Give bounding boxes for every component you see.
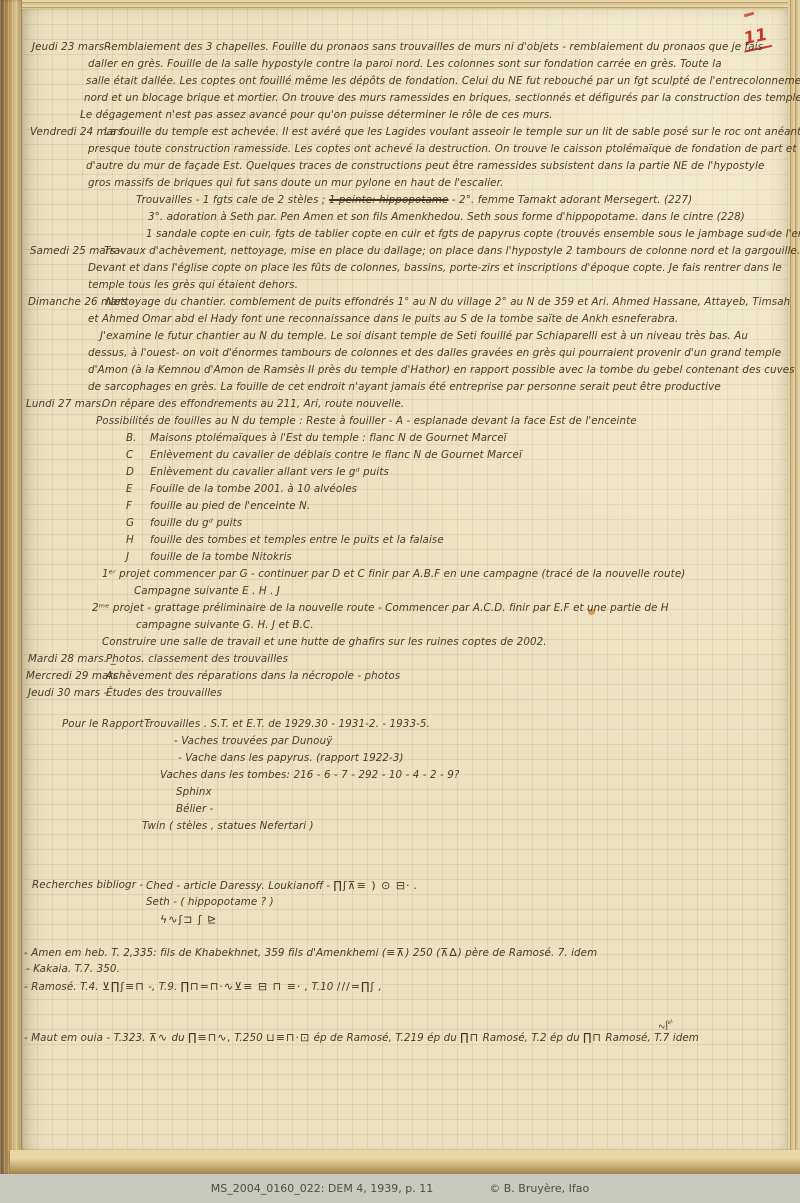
line-text: Achèvement des réparations dans la nécro… — [106, 670, 400, 682]
line-text: Enlèvement du cavalier allant vers le gᵈ… — [150, 466, 389, 478]
line-text: Le dégagement n'est pas assez avancé pou… — [80, 109, 553, 121]
line-text: Nettoyage du chantier. comblement de pui… — [106, 296, 790, 308]
line-text: fouille de la tombe Nitokris — [150, 551, 292, 563]
line-text: fouille du gᵈ puits — [150, 517, 242, 529]
journal-line: presque toute construction ramesside. Le… — [22, 141, 784, 158]
hieroglyphs-inline: ⊔≡⊓·⊡ — [266, 1031, 310, 1044]
line-text: Travaux d'achèvement, nettoyage, mise en… — [104, 245, 800, 257]
date-label: Recherches bibliogr - — [32, 877, 143, 894]
journal-line: Possibilités de fouilles au N du temple … — [22, 413, 784, 430]
journal-line: Bélier - — [22, 801, 784, 818]
journal-line: ϟ∿ʃ⊐ ʃ ⊵ — [22, 911, 784, 928]
page-stack-edge-right — [788, 0, 800, 1174]
line-text: daller en grès. Fouille de la salle hypo… — [88, 58, 722, 70]
journal-line: de sarcophages en grès. La fouille de ce… — [22, 379, 784, 396]
line-text: du — [168, 1032, 188, 1044]
journal-line: et Ahmed Omar abd el Hady font une recon… — [22, 311, 784, 328]
journal-line: Jeudi 23 mars -Remblaiement des 3 chapel… — [22, 39, 784, 56]
date-label: D — [126, 464, 134, 481]
journal-line: Hfouille des tombes et temples entre le … — [22, 532, 784, 549]
date-label: B. — [126, 430, 137, 447]
journal-line: salle était dallée. Les coptes ont fouil… — [22, 73, 784, 90]
line-text: 2ᵐᵉ projet - grattage préliminaire de la… — [92, 602, 669, 614]
journal-lines: Jeudi 23 mars -Remblaiement des 3 chapel… — [22, 39, 784, 1046]
line-text: Campagne suivante E . H . J — [134, 585, 280, 597]
line-text: Sphinx — [176, 786, 212, 798]
hieroglyphs-inline: ⊻∏ʃ≡⊓ — [102, 980, 145, 993]
date-label: Lundi 27 mars. — [26, 396, 104, 413]
line-text: -, T.9. — [145, 981, 181, 993]
line-text: On répare des effondrements au 211, Ari,… — [102, 398, 404, 410]
date-label: Jeudi 30 mars - — [28, 685, 107, 702]
hieroglyphs-inline: ∏⊓=⊓·∿⊻≡ ⊟ ⊓ ≡· — [181, 980, 302, 993]
journal-line: 1 sandale copte en cuir, fgts de tablier… — [22, 226, 784, 243]
line-text: - Maut em ouia - T.323. — [24, 1032, 149, 1044]
journal-line: Jfouille de la tombe Nitokris — [22, 549, 784, 566]
date-label: C — [126, 447, 133, 464]
date-label: H — [126, 532, 134, 549]
date-label: G — [126, 515, 134, 532]
date-label: Vendredi 24 mars. — [30, 124, 126, 141]
hieroglyphs-inline: ∏⊓ — [583, 1031, 602, 1044]
paper-page: 11 ∿ʃᵉˡ Jeudi 23 mars -Remblaiement des … — [22, 9, 788, 1152]
line-text: , T.250 — [228, 1032, 267, 1044]
journal-line: J'examine le futur chantier au N du temp… — [22, 328, 784, 345]
line-text: ép de Ramosé, T.219 ép du — [310, 1032, 460, 1044]
date-label: Pour le Rapport : — [62, 716, 151, 733]
journal-line: - Maut em ouia - T.323. ⊼∿ du ∏≡⊓∿, T.25… — [22, 1029, 784, 1046]
journal-line: Le dégagement n'est pas assez avancé pou… — [22, 107, 784, 124]
line-text: temple tous les grès qui étaient dehors. — [88, 279, 298, 291]
line-text: salle était dallée. Les coptes ont fouil… — [86, 75, 800, 87]
journal-line: Seth - ( hippopotame ? ) — [22, 894, 784, 911]
hieroglyphs-inline: ///=∏ʃ — [337, 980, 375, 993]
hieroglyphs-inline: ≡⊼ — [386, 946, 405, 959]
line-text: de sarcophages en grès. La fouille de ce… — [88, 381, 721, 393]
line-text: Ramosé, T.2 ép du — [479, 1032, 583, 1044]
date-label: Samedi 25 mars - — [30, 243, 123, 260]
line-text: ) 250 ( — [405, 947, 440, 959]
journal-line: Jeudi 30 mars -Études des trouvailles — [22, 685, 784, 702]
line-text: J'examine le futur chantier au N du temp… — [100, 330, 748, 342]
date-label: Dimanche 26 mars - — [28, 294, 135, 311]
journal-line: gros massifs de briques qui fut sans dou… — [22, 175, 784, 192]
journal-line: d'Amon (à la Kemnou d'Amon de Ramsès II … — [22, 362, 784, 379]
date-label: E — [126, 481, 133, 498]
journal-line: Mercredi 29 mars -Achèvement des réparat… — [22, 668, 784, 685]
hieroglyphs-inline: ⊼∆ — [440, 946, 457, 959]
journal-line: d'autre du mur de façade Est. Quelques t… — [22, 158, 784, 175]
journal-line: Vaches dans les tombes: 216 - 6 - 7 - 29… — [22, 767, 784, 784]
line-text: . — [411, 880, 418, 892]
red-corner-mark — [744, 12, 754, 17]
line-text: fouille des tombes et temples entre le p… — [150, 534, 444, 546]
journal-line: - Vaches trouvées par Dunouÿ — [22, 733, 784, 750]
line-text: 1 peinte: hippopotame — [329, 194, 449, 206]
line-text: fouille au pied de l'enceinte N. — [150, 500, 310, 512]
line-text: Fouille de la tombe 2001. à 10 alvéoles — [150, 483, 357, 495]
line-text: nord et un blocage brique et mortier. On… — [84, 92, 800, 104]
journal-line: Ffouille au pied de l'enceinte N. — [22, 498, 784, 515]
journal-line: Recherches bibliogr -Ched - article Dare… — [22, 877, 784, 894]
line-text: ) père de Ramosé. 7. idem — [458, 947, 598, 959]
line-text: Maisons ptolémaïques à l'Est du temple :… — [150, 432, 507, 444]
journal-line: - Amen em heb. T. 2,335: fils de Khabekh… — [22, 944, 784, 961]
journal-line: - Vache dans les papyrus. (rapport 1922-… — [22, 750, 784, 767]
line-text: , T.10 — [301, 981, 336, 993]
date-label: J — [126, 549, 129, 566]
journal-line: CEnlèvement du cavalier de déblais contr… — [22, 447, 784, 464]
line-text: Seth - ( hippopotame ? ) — [146, 896, 274, 908]
line-text: gros massifs de briques qui fut sans dou… — [88, 177, 503, 189]
line-text: 1ᵉʳ projet commencer par G - continuer p… — [102, 568, 685, 580]
journal-line: - Kakaia. T.7. 350. — [22, 961, 784, 978]
line-text: Trouvailles - 1 fgts cale de 2 stèles ; — [136, 194, 329, 206]
journal-line: 2ᵐᵉ projet - grattage préliminaire de la… — [22, 600, 784, 617]
journal-line: EFouille de la tombe 2001. à 10 alvéoles — [22, 481, 784, 498]
hieroglyphs-inline: ∏ʃ⊼≡ ) ⊙ ⊟· — [334, 879, 411, 892]
line-text: presque toute construction ramesside. Le… — [88, 143, 796, 155]
journal-line: DEnlèvement du cavalier allant vers le g… — [22, 464, 784, 481]
journal-line: Sphinx — [22, 784, 784, 801]
binding-edge-left — [0, 0, 22, 1174]
journal-line: Gfouille du gᵈ puits — [22, 515, 784, 532]
hieroglyphs-inline: ϟ∿ʃ⊐ ʃ ⊵ — [160, 913, 217, 926]
line-text: Possibilités de fouilles au N du temple … — [96, 415, 637, 427]
line-text: dessus, à l'ouest- on voit d'énormes tam… — [88, 347, 781, 359]
hieroglyphs-inline: ⊼∿ — [149, 1031, 168, 1044]
journal-line: campagne suivante G. H. J et B.C. — [22, 617, 784, 634]
journal-line: Trouvailles - 1 fgts cale de 2 stèles ; … — [22, 192, 784, 209]
line-text: Twin ( stèles , statues Nefertari ) — [142, 820, 314, 832]
date-label: Mardi 28 mars. _ — [28, 651, 116, 668]
line-text: - Kakaia. T.7. 350. — [26, 963, 120, 975]
journal-line: - Ramosé. T.4. ⊻∏ʃ≡⊓ -, T.9. ∏⊓=⊓·∿⊻≡ ⊟ … — [22, 978, 784, 995]
line-text: 3°. adoration à Seth par. Pen Amen et so… — [148, 211, 745, 223]
journal-line: B.Maisons ptolémaïques à l'Est du temple… — [22, 430, 784, 447]
page-stack-edge-top — [22, 0, 788, 9]
line-text: Ched - article Daressy. Loukianoff - — [146, 880, 334, 892]
hieroglyphs-inline: ∏≡⊓∿ — [188, 1031, 227, 1044]
journal-line: Pour le Rapport :Trouvailles . S.T. et E… — [22, 716, 784, 733]
journal-line: Vendredi 24 mars.La fouille du temple es… — [22, 124, 784, 141]
journal-line: Samedi 25 mars -Travaux d'achèvement, ne… — [22, 243, 784, 260]
line-text: Devant et dans l'église copte on place l… — [88, 262, 782, 274]
journal-line: Mardi 28 mars. _Photos. classement des t… — [22, 651, 784, 668]
line-text: , — [375, 981, 382, 993]
line-text: Études des trouvailles — [106, 687, 222, 699]
line-text: - Vaches trouvées par Dunouÿ — [174, 735, 332, 747]
line-text: Bélier - — [176, 803, 213, 815]
hieroglyphs-inline: ∏⊓ — [460, 1031, 479, 1044]
journal-line: Campagne suivante E . H . J — [22, 583, 784, 600]
date-label: Jeudi 23 mars - — [32, 39, 111, 56]
line-text: d'autre du mur de façade Est. Quelques t… — [86, 160, 764, 172]
date-label: Mercredi 29 mars - — [26, 668, 125, 685]
line-text: - Amen em heb. T. 2,335: fils de Khabekh… — [24, 947, 386, 959]
journal-line: nord et un blocage brique et mortier. On… — [22, 90, 784, 107]
page-stack-edge-bottom — [10, 1150, 800, 1174]
line-text: Trouvailles . S.T. et E.T. de 1929.30 - … — [144, 718, 430, 730]
line-text: Photos. classement des trouvailles — [106, 653, 288, 665]
line-text: La fouille du temple est achevée. Il est… — [104, 126, 800, 138]
line-text: - 2°. femme Tamakt adorant Mersegert. (2… — [449, 194, 693, 206]
journal-line: temple tous les grès qui étaient dehors. — [22, 277, 784, 294]
journal-line: Dimanche 26 mars -Nettoyage du chantier.… — [22, 294, 784, 311]
line-text: Vaches dans les tombes: 216 - 6 - 7 - 29… — [160, 769, 459, 781]
archive-id-caption: MS_2004_0160_022: DEM 4, 1939, p. 11 — [211, 1182, 434, 1195]
journal-line: Construire une salle de travail et une h… — [22, 634, 784, 651]
line-text: d'Amon (à la Kemnou d'Amon de Ramsès II … — [88, 364, 795, 376]
copyright-credit: © B. Bruyère, Ifao — [489, 1182, 589, 1195]
line-text: Remblaiement des 3 chapelles. Fouille du… — [104, 41, 763, 53]
journal-line: Devant et dans l'église copte on place l… — [22, 260, 784, 277]
line-text: 1 sandale copte en cuir, fgts de tablier… — [146, 228, 800, 240]
scanned-notebook-page: 11 ∿ʃᵉˡ Jeudi 23 mars -Remblaiement des … — [0, 0, 800, 1203]
journal-line: Lundi 27 mars.On répare des effondrement… — [22, 396, 784, 413]
line-text: - Ramosé. T.4. — [24, 981, 102, 993]
line-text: Ramosé, T.7 idem — [602, 1032, 699, 1044]
journal-line: dessus, à l'ouest- on voit d'énormes tam… — [22, 345, 784, 362]
journal-line: daller en grès. Fouille de la salle hypo… — [22, 56, 784, 73]
journal-line: 3°. adoration à Seth par. Pen Amen et so… — [22, 209, 784, 226]
line-text: et Ahmed Omar abd el Hady font une recon… — [88, 313, 678, 325]
journal-line: Twin ( stèles , statues Nefertari ) — [22, 818, 784, 835]
line-text: Construire une salle de travail et une h… — [102, 636, 547, 648]
line-text: Enlèvement du cavalier de déblais contre… — [150, 449, 522, 461]
line-text: campagne suivante G. H. J et B.C. — [136, 619, 314, 631]
journal-line: 1ᵉʳ projet commencer par G - continuer p… — [22, 566, 784, 583]
line-text: - Vache dans les papyrus. (rapport 1922-… — [178, 752, 404, 764]
date-label: F — [126, 498, 132, 515]
archive-caption-bar: MS_2004_0160_022: DEM 4, 1939, p. 11 © B… — [0, 1174, 800, 1203]
